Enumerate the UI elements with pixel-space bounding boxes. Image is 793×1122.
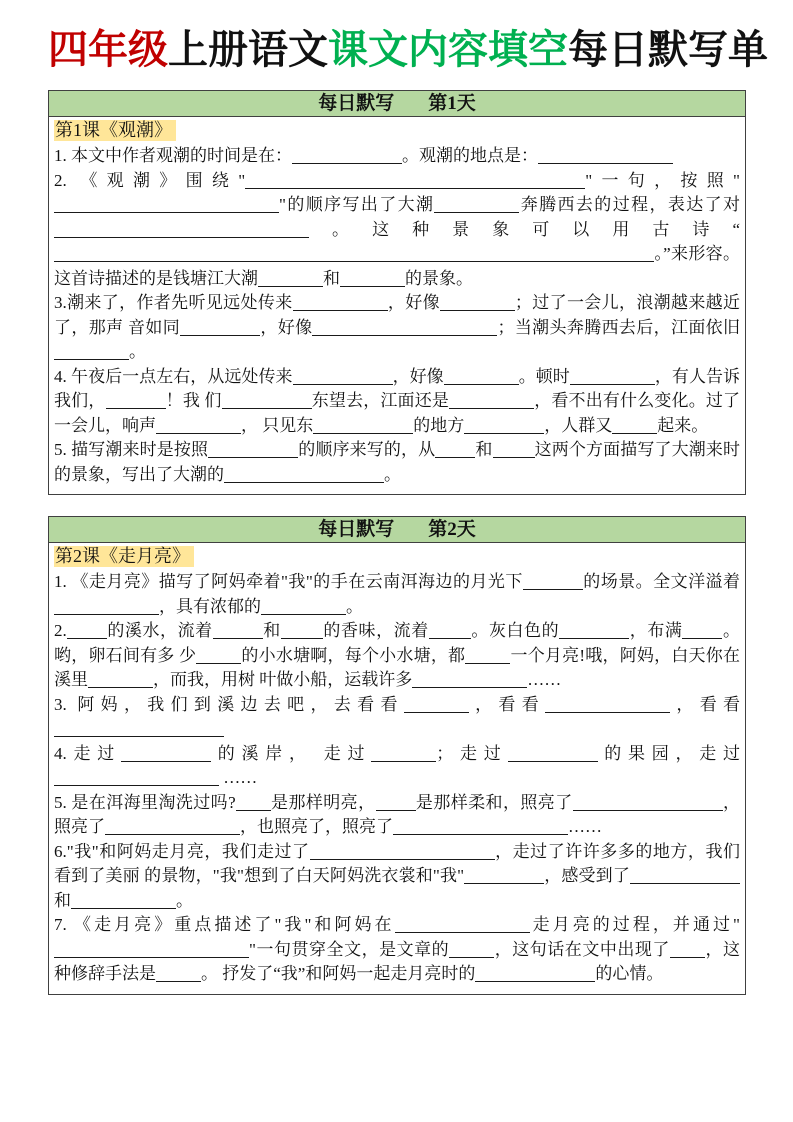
day-number: 第1天	[428, 93, 476, 114]
fill-in-blank	[236, 810, 271, 811]
fill-in-blank	[54, 957, 249, 958]
fill-in-blank	[630, 883, 740, 884]
question-list: 1. 《走月亮》描写了阿妈牵着"我"的手在云南洱海边的月光下的场景。全文洋溢着，…	[54, 570, 740, 987]
daily-dictation-label: 每日默写	[318, 93, 394, 114]
fill-in-blank	[293, 384, 393, 385]
fill-in-blank	[559, 638, 629, 639]
fill-in-blank	[245, 188, 585, 189]
fill-in-blank	[222, 408, 312, 409]
fill-in-blank	[292, 163, 402, 164]
section-day2-content: 第2课《走月亮》 1. 《走月亮》描写了阿妈牵着"我"的手在云南洱海边的月光下的…	[49, 543, 745, 994]
fill-in-blank	[508, 761, 598, 762]
fill-in-blank	[54, 614, 159, 615]
fill-in-blank	[106, 408, 166, 409]
lesson-title: 第1课《观潮》	[54, 120, 176, 141]
fill-in-blank	[682, 638, 722, 639]
lesson-title: 第2课《走月亮》	[54, 546, 194, 567]
fill-in-blank	[429, 638, 471, 639]
fill-in-blank	[475, 981, 595, 982]
fill-in-blank	[293, 310, 388, 311]
question-text: 1. 本文中作者观潮的时间是在：。观潮的地点是：	[54, 144, 740, 169]
title-topic: 课文内容填空	[328, 28, 568, 72]
fill-in-blank	[612, 433, 657, 434]
fill-in-blank	[449, 957, 494, 958]
fill-in-blank	[54, 261, 654, 262]
question-text: 4.走过的溪岸， 走过；走过的果园，走过 ……	[54, 742, 740, 791]
question-text: 2.的溪水，流着和的香味，流着。灰白色的，布满。哟，卵石间有多 少的小水塘啊，每…	[54, 619, 740, 693]
fill-in-blank	[258, 286, 323, 287]
lesson-title-line: 第2课《走月亮》	[54, 544, 740, 569]
fill-in-blank	[105, 834, 240, 835]
fill-in-blank	[156, 433, 241, 434]
fill-in-blank	[444, 384, 519, 385]
worksheet-page: 四年级上册语文课文内容填空每日默写单 每日默写第1天 第1课《观潮》 1. 本文…	[0, 0, 793, 1122]
fill-in-blank	[393, 834, 568, 835]
fill-in-blank	[313, 433, 413, 434]
fill-in-blank	[88, 687, 153, 688]
fill-in-blank	[312, 335, 497, 336]
fill-in-blank	[208, 457, 298, 458]
fill-in-blank	[412, 687, 527, 688]
question-text: 4. 午夜后一点左右，从远处传来，好像。顿时，有人告诉我们，！我 们东望去，江面…	[54, 365, 740, 439]
fill-in-blank	[376, 810, 416, 811]
title-grade: 四年级	[48, 28, 168, 72]
question-text: 2. 《观潮》围绕""一句，按照""的顺序写出了大潮奔腾西去的过程，表达了对。这…	[54, 169, 740, 292]
fill-in-blank	[156, 981, 201, 982]
fill-in-blank	[538, 163, 673, 164]
section-day1-content: 第1课《观潮》 1. 本文中作者观潮的时间是在：。观潮的地点是：2. 《观潮》围…	[49, 117, 745, 494]
title-type: 每日默写单	[568, 28, 768, 72]
fill-in-blank	[54, 212, 279, 213]
fill-in-blank	[670, 957, 705, 958]
fill-in-blank	[54, 237, 309, 238]
fill-in-blank	[404, 712, 469, 713]
lesson-title-line: 第1课《观潮》	[54, 118, 740, 143]
fill-in-blank	[310, 859, 495, 860]
fill-in-blank	[435, 457, 475, 458]
fill-in-blank	[434, 212, 519, 213]
fill-in-blank	[224, 482, 384, 483]
fill-in-blank	[71, 908, 176, 909]
fill-in-blank	[121, 761, 211, 762]
question-text: 6."我"和阿妈走月亮，我们走过了，走过了许许多多的地方，我们看到了美丽 的景物…	[54, 840, 740, 914]
fill-in-blank	[573, 810, 723, 811]
fill-in-blank	[281, 638, 323, 639]
fill-in-blank	[371, 761, 436, 762]
daily-dictation-label: 每日默写	[318, 519, 394, 540]
section-day1-header: 每日默写第1天	[49, 91, 745, 117]
question-text: 3.潮来了，作者先听见远处传来，好像；过了一会儿，浪潮越来越近了，那声 音如同，…	[54, 291, 740, 365]
section-day2: 每日默写第2天 第2课《走月亮》 1. 《走月亮》描写了阿妈牵着"我"的手在云南…	[48, 516, 746, 995]
question-list: 1. 本文中作者观潮的时间是在：。观潮的地点是：2. 《观潮》围绕""一句，按照…	[54, 144, 740, 487]
section-day2-header: 每日默写第2天	[49, 517, 745, 543]
fill-in-blank	[213, 638, 263, 639]
fill-in-blank	[570, 384, 655, 385]
fill-in-blank	[493, 457, 535, 458]
fill-in-blank	[465, 663, 510, 664]
question-text: 3. 阿妈，我们到溪边去吧，去看看，看看，看看	[54, 693, 740, 742]
question-text: 5. 描写潮来时是按照的顺序来写的，从和这两个方面描写了大潮来时的景象，写出了大…	[54, 438, 740, 487]
fill-in-blank	[440, 310, 515, 311]
question-text: 1. 《走月亮》描写了阿妈牵着"我"的手在云南洱海边的月光下的场景。全文洋溢着，…	[54, 570, 740, 619]
fill-in-blank	[464, 883, 544, 884]
question-text: 5. 是在洱海里淘洗过吗?是那样明亮，是那样柔和，照亮了，照亮了，也照亮了，照亮…	[54, 791, 740, 840]
section-day1: 每日默写第1天 第1课《观潮》 1. 本文中作者观潮的时间是在：。观潮的地点是：…	[48, 90, 746, 495]
fill-in-blank	[196, 663, 241, 664]
page-title: 四年级上册语文课文内容填空每日默写单	[48, 24, 746, 76]
fill-in-blank	[449, 408, 534, 409]
fill-in-blank	[67, 638, 107, 639]
fill-in-blank	[261, 614, 346, 615]
question-text: 7. 《走月亮》重点描述了"我"和阿妈在走月亮的过程，并通过""一句贯穿全文，是…	[54, 913, 740, 987]
fill-in-blank	[54, 785, 219, 786]
fill-in-blank	[54, 736, 224, 737]
fill-in-blank	[464, 433, 544, 434]
fill-in-blank	[180, 335, 260, 336]
fill-in-blank	[340, 286, 405, 287]
title-volume: 上册语文	[168, 28, 328, 72]
fill-in-blank	[54, 359, 129, 360]
fill-in-blank	[545, 712, 670, 713]
fill-in-blank	[395, 932, 530, 933]
fill-in-blank	[523, 589, 583, 590]
day-number: 第2天	[428, 519, 476, 540]
